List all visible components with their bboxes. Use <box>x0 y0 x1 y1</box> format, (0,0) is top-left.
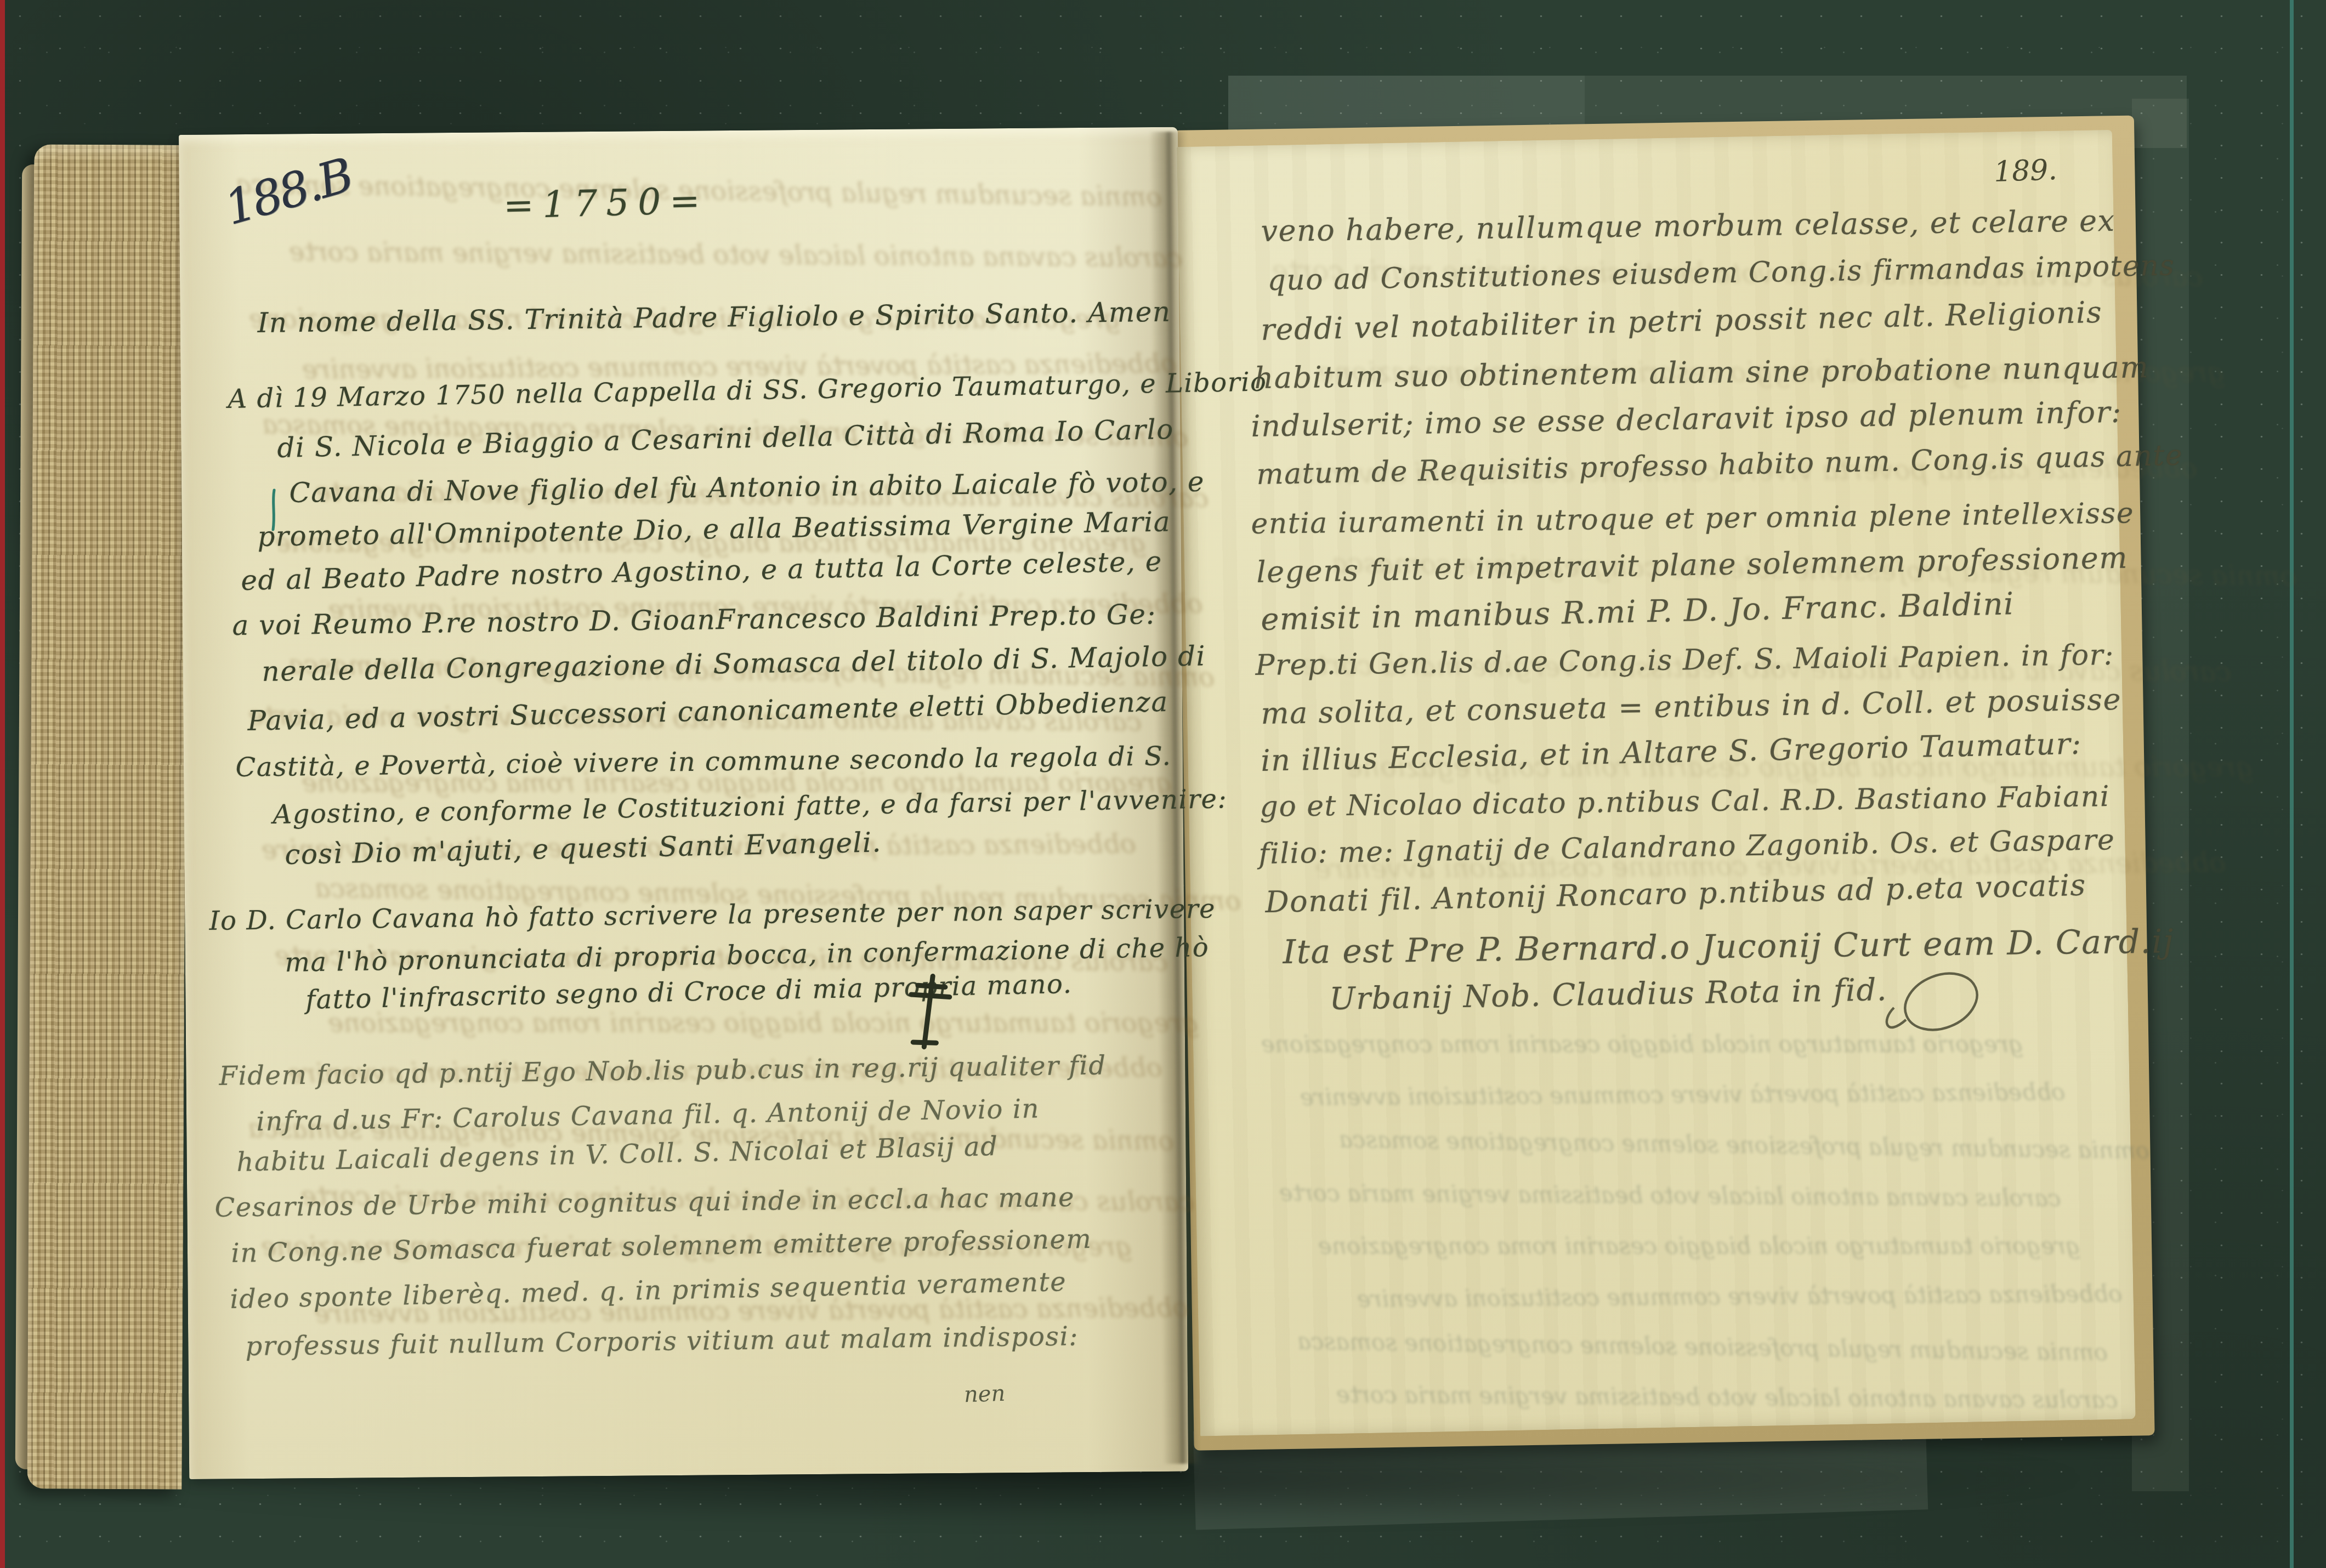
manuscript-photo-scene: omnia secundum regula professione solemn… <box>0 0 2326 1568</box>
catchword: nen <box>963 1381 1006 1408</box>
book-page-stack-fore-edge <box>27 144 189 1489</box>
year-heading: =1750= <box>503 179 709 227</box>
notary-flourish <box>1875 955 1996 1048</box>
scanner-edge-red-strip <box>0 0 5 1568</box>
right-folio-number: 189. <box>1993 154 2058 189</box>
archivist-checkmark-icon <box>266 488 283 532</box>
scanner-edge-teal-line <box>2290 0 2294 1568</box>
sign-of-cross-icon <box>904 972 953 1054</box>
